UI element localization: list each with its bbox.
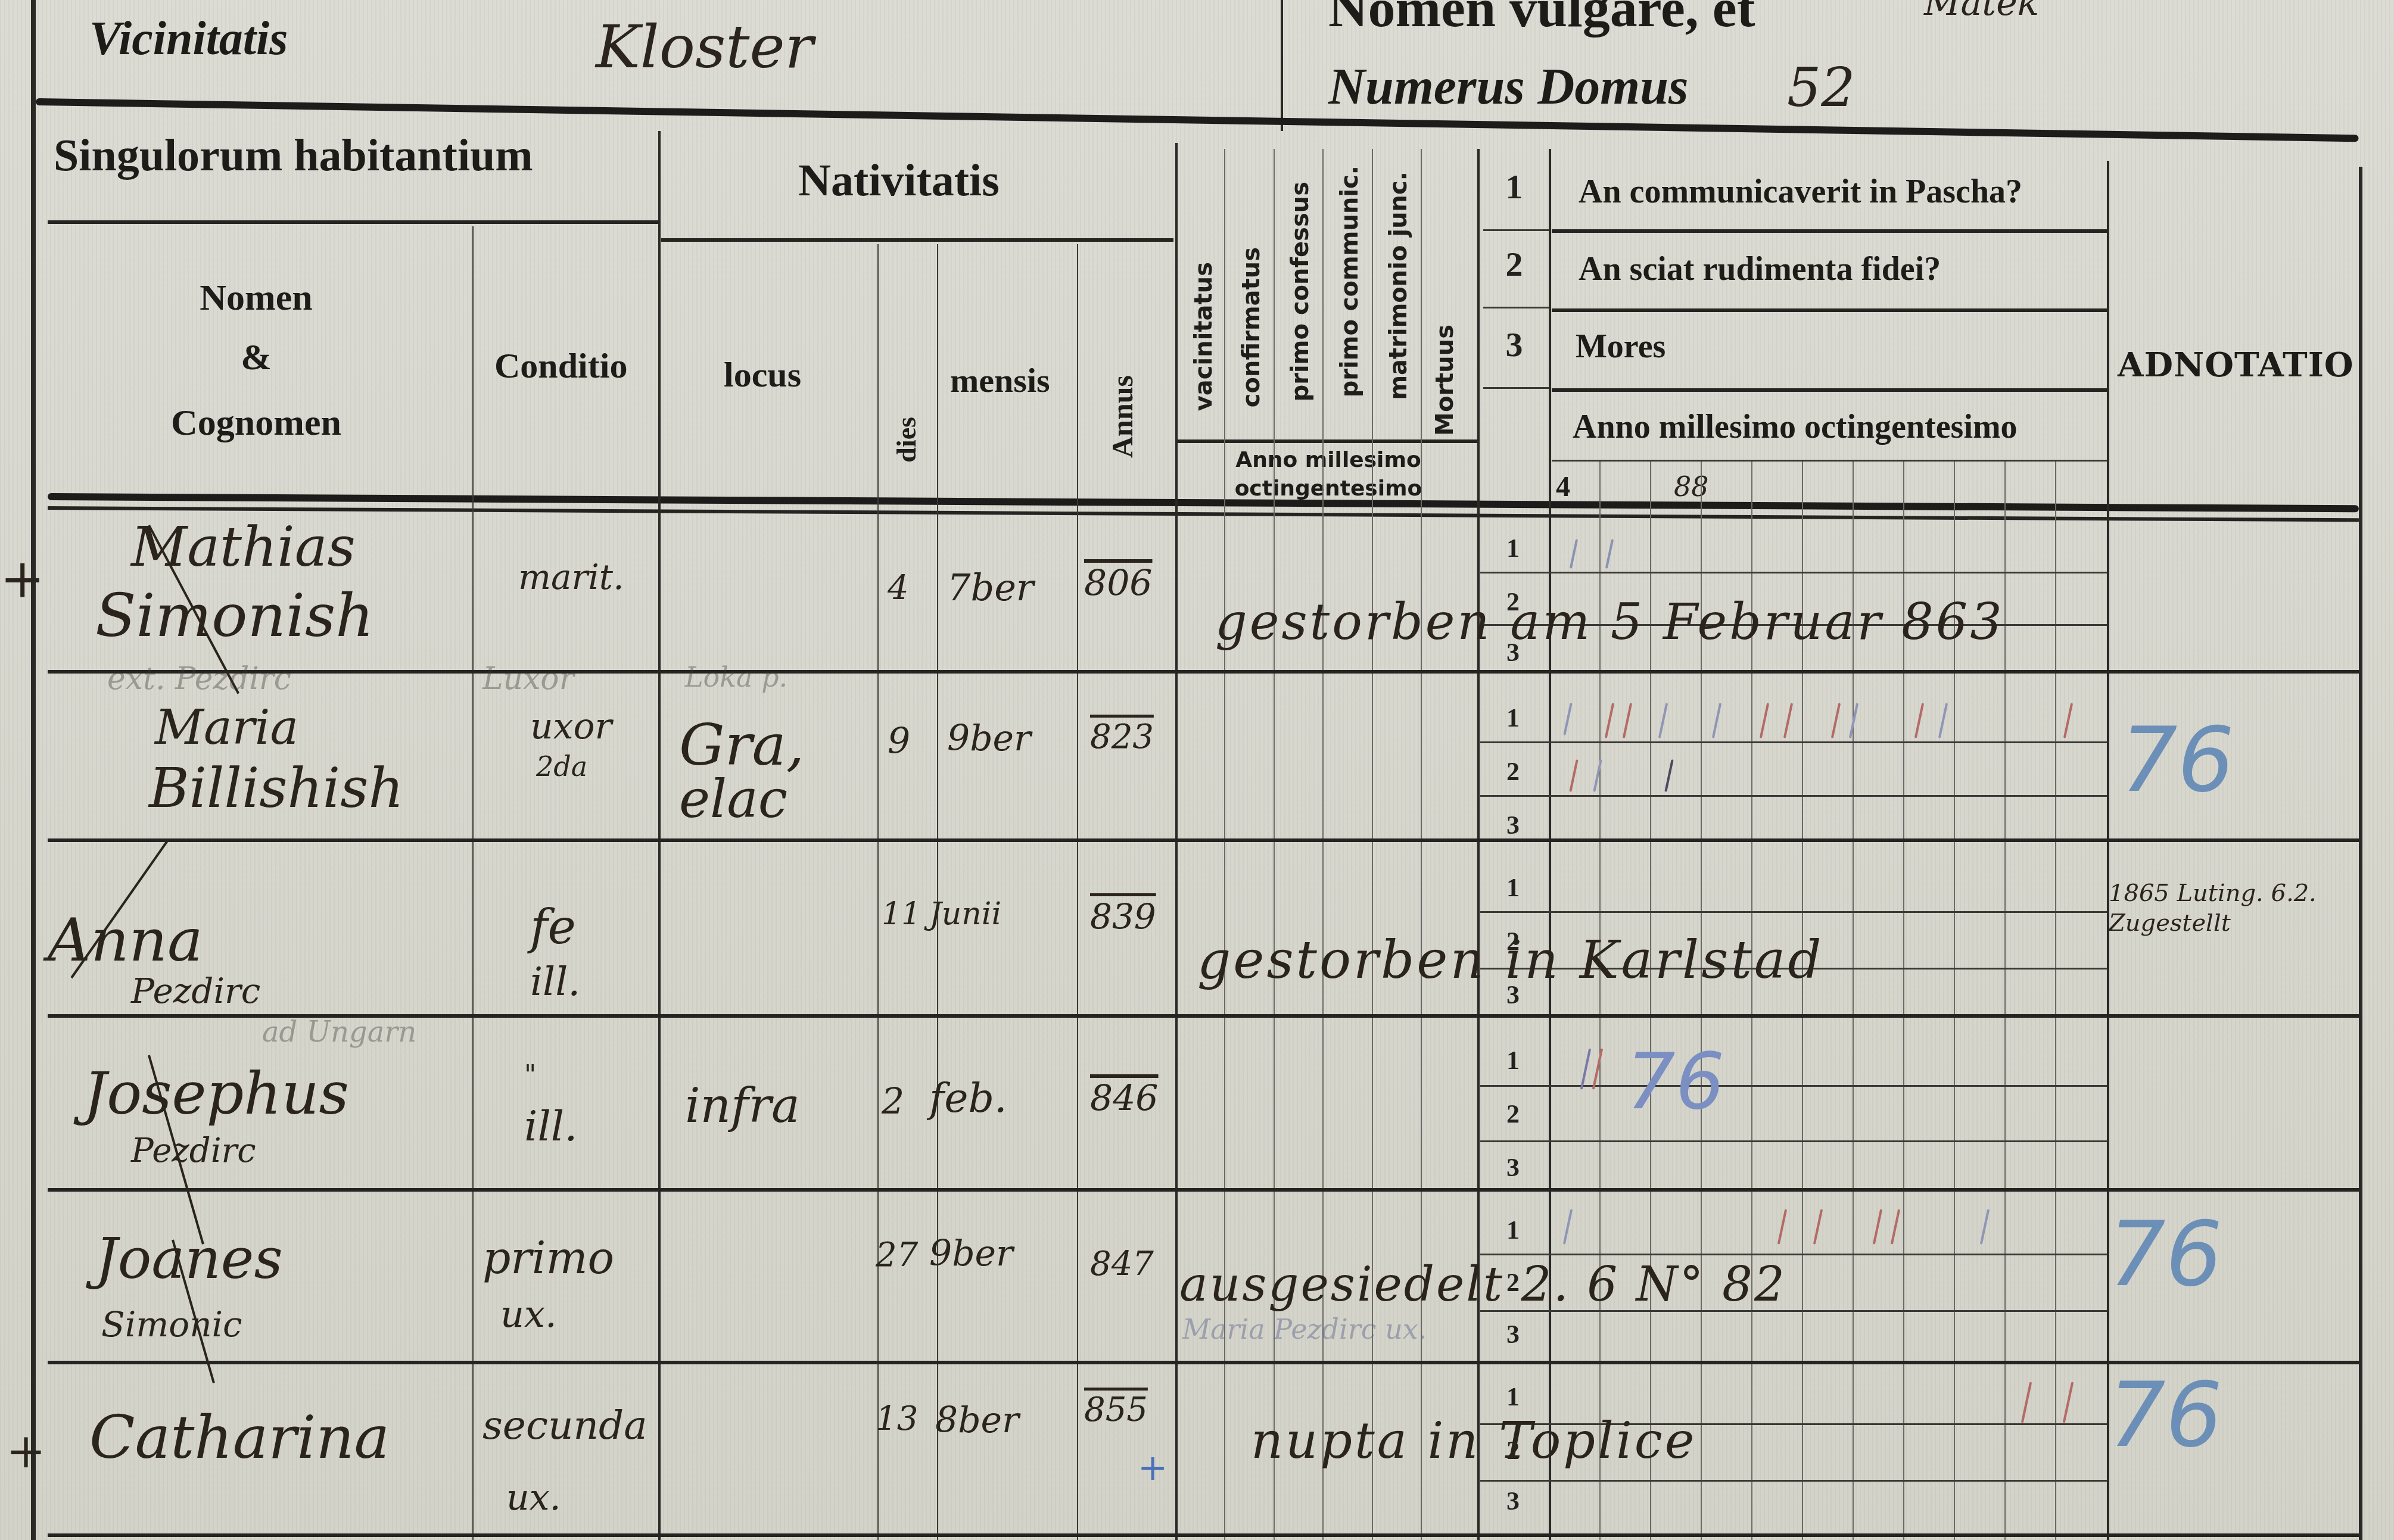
nativitatis-header: Nativitatis xyxy=(798,155,1000,207)
conditio: fe xyxy=(530,899,576,955)
name-surname: Simonic xyxy=(101,1304,242,1345)
col-line-adnotatio xyxy=(2107,161,2109,1540)
birth-month: 9ber xyxy=(929,1233,1013,1274)
sacrament-header-primo-confessus: primo confessus xyxy=(1287,182,1314,401)
rule xyxy=(1483,229,1549,231)
margin-cross-mark: + xyxy=(6,1423,46,1479)
conditio-header: Conditio xyxy=(494,345,627,386)
row-divider-5 xyxy=(48,1361,2359,1364)
tally-mark xyxy=(1664,759,1673,792)
tally-mark-red xyxy=(1592,1048,1603,1089)
adnotatio-note: 1865 Luting. 6.2. Zugestellt xyxy=(2109,878,2347,938)
pencil-note-blue: 76 xyxy=(1626,1036,1724,1127)
rule xyxy=(1483,307,1549,308)
tally-mark xyxy=(1563,1209,1573,1245)
conditio-2: 2da xyxy=(536,750,587,783)
birth-day: 13 xyxy=(876,1399,918,1438)
tally-mark-red xyxy=(1831,703,1841,738)
nomen-vulgare-label: Nomen vulgare, et xyxy=(1328,0,1755,39)
sacrament-footer-2: octingentesimo xyxy=(1185,476,1471,501)
vicinitatis-value: Kloster xyxy=(596,12,813,82)
sacrament-header-matrimonio-junc: matrimonio junc. xyxy=(1385,172,1412,400)
name-first: Josephus xyxy=(83,1060,349,1128)
birth-month: 9ber xyxy=(947,718,1031,759)
birth-day: 27 xyxy=(876,1236,918,1274)
remark: gestorben in Karlstad xyxy=(1197,929,1824,990)
question-num-1: 1 xyxy=(1496,167,1532,207)
faint-note: ad Ungarn xyxy=(262,1015,416,1049)
name-first: Maria xyxy=(155,700,298,755)
conditio-2: ill. xyxy=(530,959,580,1005)
name-first: Catharina xyxy=(89,1402,390,1472)
tally-mark xyxy=(1593,759,1602,792)
tally-mark-red xyxy=(1891,1209,1900,1245)
conditio-2: ux. xyxy=(506,1477,561,1519)
tally-mark xyxy=(1849,703,1858,738)
row6-q1: 1 xyxy=(1495,1382,1531,1412)
col-line-conditio xyxy=(658,131,661,1540)
birth-month: 7ber xyxy=(947,566,1033,609)
birth-day: 9 xyxy=(888,721,910,762)
remark: nupta in Toplice xyxy=(1251,1411,1697,1470)
nomen-header: Nomen xyxy=(167,277,345,319)
birth-month: Junii xyxy=(929,896,1001,932)
tally-mark xyxy=(1580,1048,1591,1089)
row4-q2: 2 xyxy=(1495,1099,1531,1129)
anno-label: Anno millesimo octingentesimo xyxy=(1573,408,2018,446)
faint-conditio: Luxor xyxy=(482,661,574,697)
rule xyxy=(1480,1480,2107,1482)
name-first: Mathias xyxy=(131,515,356,579)
name-surname: Billishish xyxy=(149,756,404,820)
birth-day: 4 xyxy=(888,569,909,607)
rule xyxy=(1480,741,2107,743)
row-divider-1 xyxy=(48,670,2359,674)
nomen-vulgare-value: Matek xyxy=(1924,0,2039,24)
pencil-note-blue: 76 xyxy=(2109,1364,2222,1467)
row1-q1: 1 xyxy=(1495,533,1531,563)
tally-mark-red xyxy=(2063,703,2073,738)
tally-mark-red xyxy=(2063,1382,2074,1423)
vicinitatis-label: Vicinitatis xyxy=(89,12,288,66)
rule xyxy=(1552,460,2109,462)
pencil-note-blue: 76 xyxy=(2121,709,2234,812)
conditio: primo xyxy=(482,1233,614,1284)
rule xyxy=(1480,1085,2107,1087)
year-cell-88: 88 xyxy=(1674,470,1709,503)
col-line-numbers xyxy=(1549,149,1551,1540)
name-first: Anna xyxy=(48,905,203,975)
name-surname: Simonish xyxy=(95,581,374,650)
faint-note: ext. Pezdirc xyxy=(107,661,291,697)
birth-year: 847 xyxy=(1090,1245,1154,1283)
birth-year: 855 xyxy=(1084,1391,1148,1429)
question-num-2: 2 xyxy=(1496,244,1532,284)
row-divider-6 xyxy=(48,1533,2359,1537)
margin-cross-mark: + xyxy=(0,548,45,610)
col-line-name xyxy=(472,226,474,1540)
numerus-domus-value: 52 xyxy=(1787,57,1856,119)
tally-mark-red xyxy=(1605,703,1614,738)
tally-mark-red xyxy=(1873,1209,1882,1245)
row2-q3: 3 xyxy=(1495,810,1531,840)
crosshair-cursor-icon: + xyxy=(1138,1447,1168,1489)
sacrament-footer-1: Anno millesimo xyxy=(1185,448,1471,472)
birth-day: 2 xyxy=(882,1081,904,1123)
sacrament-header-vacinitatus: vacinitatus xyxy=(1190,262,1218,411)
census-register-page: Vicinitatis Kloster Nomen vulgare, et Ma… xyxy=(0,0,2394,1540)
grid-line xyxy=(2055,462,2056,1540)
rule xyxy=(1480,911,2107,913)
tally-mark xyxy=(1570,539,1578,569)
cognomen-header: Cognomen xyxy=(137,402,375,444)
locus-header: locus xyxy=(724,354,801,395)
tally-mark-red xyxy=(1569,759,1578,792)
adnotatio-header: ADNOTATIO xyxy=(2118,345,2354,385)
tally-mark xyxy=(1938,703,1948,738)
annus-header: Annus xyxy=(1105,375,1140,458)
tally-mark-red xyxy=(1777,1209,1787,1245)
col-line-sacraments xyxy=(1477,149,1480,1540)
rule xyxy=(1552,388,2109,392)
sacrament-header-primo-communic: primo communic. xyxy=(1336,166,1363,397)
locus-2: elac xyxy=(679,768,787,830)
birth-year: 846 xyxy=(1090,1078,1159,1120)
rule xyxy=(1552,229,2109,233)
birth-month: 8ber xyxy=(935,1399,1019,1441)
rule xyxy=(1552,308,2109,312)
birth-day: 11 xyxy=(882,896,921,932)
conditio-2: ux. xyxy=(500,1292,557,1336)
singulorum-rule xyxy=(48,220,659,224)
row5-q1: 1 xyxy=(1495,1215,1531,1245)
grid-line xyxy=(2004,462,2006,1540)
conditio: marit. xyxy=(518,557,624,597)
row3-q1: 1 xyxy=(1495,872,1531,903)
conditio: " xyxy=(524,1060,536,1090)
tally-mark xyxy=(1605,539,1614,569)
year-cell-4: 4 xyxy=(1556,470,1570,503)
rule xyxy=(1480,795,2107,797)
row4-q1: 1 xyxy=(1495,1045,1531,1075)
row6-q3: 3 xyxy=(1495,1486,1531,1516)
question-label-3: Mores xyxy=(1576,328,1665,366)
tally-mark-red xyxy=(1914,703,1924,738)
faint-remark: Maria Pezdirc ux. xyxy=(1182,1313,1427,1345)
tally-mark-red xyxy=(1623,703,1632,738)
birth-year: 839 xyxy=(1090,896,1156,937)
mensis-header: mensis xyxy=(950,360,1050,400)
faint-locus: Loka p. xyxy=(685,661,787,693)
conditio-2: ill. xyxy=(524,1102,577,1151)
amp-header: & xyxy=(167,336,345,379)
tally-mark xyxy=(1658,703,1668,738)
remark: ausgesiedelt 2. 6 N° 82 xyxy=(1179,1257,1786,1312)
row-divider-2 xyxy=(48,838,2359,842)
tally-mark xyxy=(1980,1209,1990,1245)
name-surname: Pezdirc xyxy=(131,1131,256,1170)
row5-q3: 3 xyxy=(1495,1319,1531,1349)
col-line-mensis xyxy=(1077,244,1078,1540)
birth-year: 806 xyxy=(1084,563,1153,604)
row-divider-4 xyxy=(48,1188,2359,1192)
row2-q2: 2 xyxy=(1495,756,1531,787)
right-border xyxy=(2359,167,2362,1540)
col-line-dies xyxy=(937,244,938,1540)
rule xyxy=(1480,572,2107,573)
birth-year: 823 xyxy=(1090,718,1154,756)
left-border xyxy=(31,0,36,1540)
row2-q1: 1 xyxy=(1495,703,1531,733)
name-surname: Pezdirc xyxy=(131,971,260,1011)
rule xyxy=(1483,387,1549,389)
col-line-locus xyxy=(877,244,879,1540)
rule xyxy=(1480,1254,2107,1255)
question-label-2: An sciat rudimenta fidei? xyxy=(1579,250,1941,288)
tally-mark xyxy=(1712,703,1721,738)
numerus-domus-label: Numerus Domus xyxy=(1328,57,1689,116)
pencil-note-blue: 76 xyxy=(2109,1203,2222,1307)
tally-mark-red xyxy=(1813,1209,1823,1245)
tally-mark-red xyxy=(1760,703,1769,738)
tally-mark xyxy=(1563,703,1572,735)
sacrament-footer-rule xyxy=(1176,439,1477,443)
tally-mark-red xyxy=(1783,703,1793,738)
conditio: secunda xyxy=(482,1402,647,1448)
sacrament-header-mortuus: Mortuus xyxy=(1431,325,1459,436)
tally-mark-red xyxy=(2021,1382,2032,1423)
nativitatis-rule xyxy=(661,238,1173,242)
birth-month: feb. xyxy=(929,1075,1007,1122)
header-divider xyxy=(1281,0,1283,131)
locus: infra xyxy=(685,1078,800,1133)
dies-header: dies xyxy=(891,417,922,463)
sacrament-header-confirmatus: confirmatus xyxy=(1238,247,1265,407)
name-first: Joanes xyxy=(95,1227,283,1292)
row4-q3: 3 xyxy=(1495,1152,1531,1183)
question-label-1: An communicaverit in Pascha? xyxy=(1579,173,2022,211)
rule xyxy=(1480,1140,2107,1142)
conditio: uxor xyxy=(530,706,612,747)
singulorum-header: Singulorum habitantium xyxy=(54,130,533,182)
remark: gestorben am 5 Februar 863 xyxy=(1215,593,2004,651)
question-num-3: 3 xyxy=(1496,325,1532,364)
